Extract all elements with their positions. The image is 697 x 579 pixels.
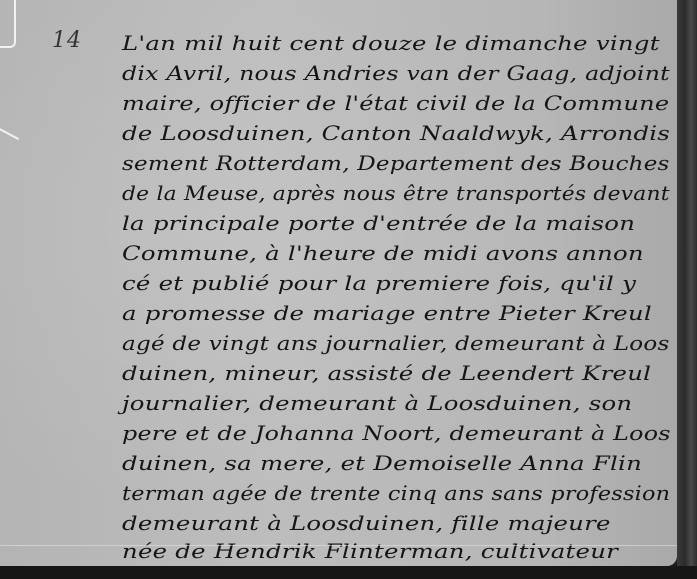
text-line: a promesse de mariage entre Pieter Kreul [122, 302, 652, 325]
document-scan: 14 L'an mil huit cent douze le dimanche … [0, 0, 697, 579]
text-line: dix Avril, nous Andries van der Gaag, ad… [122, 62, 670, 85]
text-line: pere et de Johanna Noort, demeurant à Lo… [122, 422, 671, 445]
text-line: duinen, sa mere, et Demoiselle Anna Flin [122, 452, 642, 475]
text-line: cé et publié pour la premiere fois, qu'i… [122, 272, 636, 295]
text-line: journalier, demeurant à Loosduinen, son [122, 392, 632, 415]
book-binding-edge [677, 0, 697, 579]
text-line: terman agée de trente cinq ans sans prof… [122, 482, 670, 505]
text-line: L'an mil huit cent douze le dimanche vin… [122, 32, 660, 55]
text-line: agé de vingt ans journalier, demeurant à… [122, 332, 670, 355]
text-line: duinen, mineur, assisté de Leendert Kreu… [122, 362, 651, 385]
entry-number: 14 [52, 28, 82, 53]
text-line: la principale porte d'entrée de la maiso… [122, 212, 635, 235]
paper-crack-mark [0, 0, 16, 48]
text-line: de la Meuse, après nous être transportés… [122, 182, 670, 205]
text-line: née de Hendrik Flinterman, cultivateur [122, 540, 618, 563]
page-bottom-edge [0, 566, 697, 579]
text-line: Commune, à l'heure de midi avons annon [122, 242, 644, 265]
text-line: demeurant à Loosduinen, fille majeure [122, 512, 611, 535]
paper-crack-mark [0, 100, 29, 140]
register-page: 14 L'an mil huit cent douze le dimanche … [0, 0, 677, 566]
text-line: maire, officier de l'état civil de la Co… [122, 92, 669, 115]
text-line: sement Rotterdam, Departement des Bouche… [122, 152, 670, 175]
text-line: de Loosduinen, Canton Naaldwyk, Arrondis [122, 122, 670, 145]
